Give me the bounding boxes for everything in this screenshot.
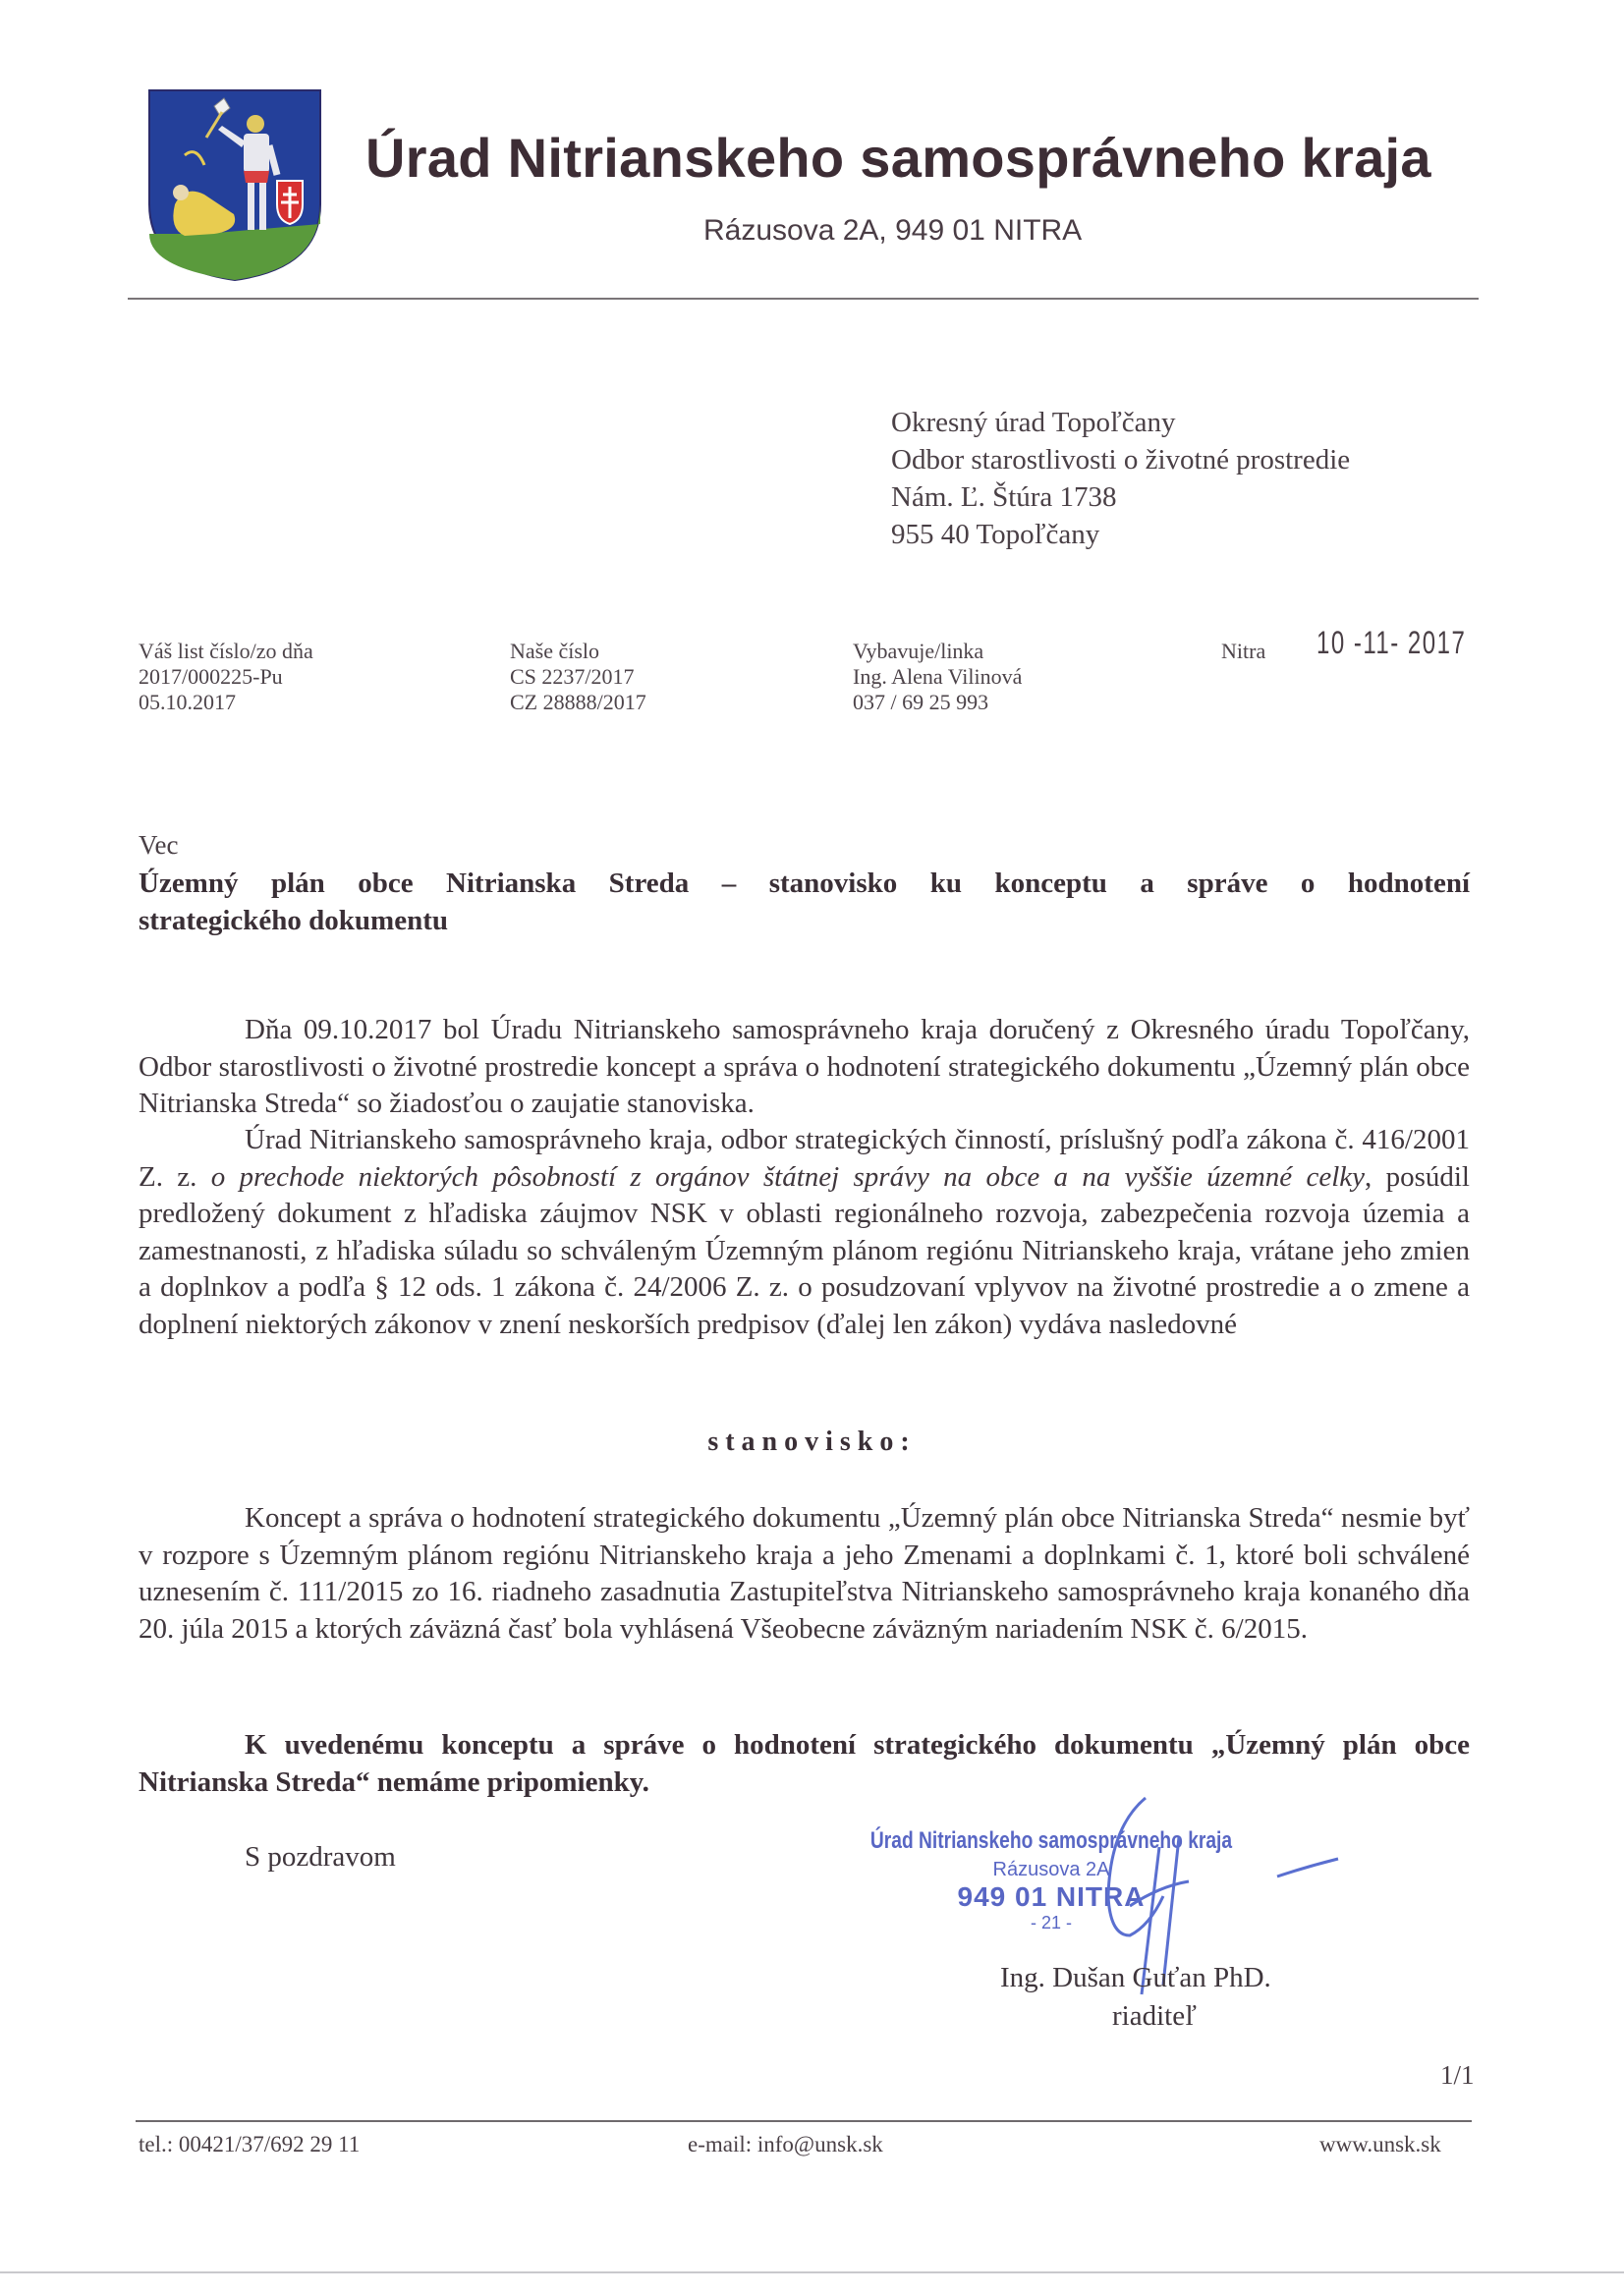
body-paragraph-3: Koncept a správa o hodnotení strategické… bbox=[139, 1500, 1470, 1648]
paragraph-text: Dňa 09.10.2017 bol Úradu Nitrianskeho sa… bbox=[139, 1012, 1470, 1123]
reference-value: CS 2237/2017 bbox=[510, 664, 646, 690]
recipient-line: 955 40 Topoľčany bbox=[891, 516, 1350, 553]
recipient-address: Okresný úrad Topoľčany Odbor starostlivo… bbox=[891, 404, 1350, 553]
body-paragraph-2: Úrad Nitrianskeho samosprávneho kraja, o… bbox=[139, 1122, 1470, 1343]
reference-value: 05.10.2017 bbox=[139, 690, 313, 715]
paragraph-text: Koncept a správa o hodnotení strategické… bbox=[139, 1500, 1470, 1648]
reference-your-letter: Váš list číslo/zo dňa 2017/000225-Pu 05.… bbox=[139, 639, 313, 715]
opinion-heading: stanovisko: bbox=[0, 1427, 1624, 1458]
greeting: S pozdravom bbox=[245, 1841, 396, 1874]
reference-value: Ing. Alena Vilinová bbox=[853, 664, 1022, 690]
footer-phone: tel.: 00421/37/692 29 11 bbox=[139, 2132, 360, 2157]
subject-title: Územný plán obce Nitrianska Streda – sta… bbox=[139, 865, 1470, 939]
subject-line: strategického dokumentu bbox=[139, 905, 448, 936]
paragraph-text: Úrad Nitrianskeho samosprávneho kraja, o… bbox=[139, 1122, 1470, 1343]
footer-divider bbox=[136, 2120, 1472, 2122]
recipient-line: Odbor starostlivosti o životné prostredi… bbox=[891, 441, 1350, 478]
footer-website: www.unsk.sk bbox=[1319, 2132, 1441, 2157]
reference-value: 2017/000225-Pu bbox=[139, 664, 313, 690]
page-number: 1/1 bbox=[1440, 2060, 1475, 2091]
header-divider bbox=[128, 298, 1479, 300]
body-paragraph-1: Dňa 09.10.2017 bol Úradu Nitrianskeho sa… bbox=[139, 1012, 1470, 1123]
recipient-line: Nám. Ľ. Štúra 1738 bbox=[891, 478, 1350, 516]
signer-role: riaditeľ bbox=[1112, 2000, 1197, 2033]
subject-line: Územný plán obce Nitrianska Streda – sta… bbox=[139, 865, 1470, 902]
signer-name: Ing. Dušan Guťan PhD. bbox=[1000, 1962, 1271, 1994]
subject-label: Vec bbox=[139, 830, 178, 861]
reference-value: 037 / 69 25 993 bbox=[853, 690, 1022, 715]
place-label: Nitra bbox=[1221, 639, 1265, 664]
law-title-italic: o prechode niektorých pôsobností z orgán… bbox=[211, 1161, 1365, 1193]
organization-title: Úrad Nitrianskeho samosprávneho kraja bbox=[365, 126, 1431, 190]
reference-value: CZ 28888/2017 bbox=[510, 690, 646, 715]
reference-label: Naše číslo bbox=[510, 639, 646, 664]
organization-address: Rázusova 2A, 949 01 NITRA bbox=[703, 214, 1082, 248]
footer-email: e-mail: info@unsk.sk bbox=[688, 2132, 883, 2157]
coat-of-arms-logo bbox=[145, 86, 324, 283]
scan-edge-line bbox=[0, 2271, 1624, 2273]
reference-handled-by: Vybavuje/linka Ing. Alena Vilinová 037 /… bbox=[853, 639, 1022, 715]
reference-our-number: Naše číslo CS 2237/2017 CZ 28888/2017 bbox=[510, 639, 646, 715]
date-stamp: 10 -11- 2017 bbox=[1316, 625, 1466, 661]
recipient-line: Okresný úrad Topoľčany bbox=[891, 404, 1350, 441]
reference-label: Váš list číslo/zo dňa bbox=[139, 639, 313, 664]
reference-label: Vybavuje/linka bbox=[853, 639, 1022, 664]
